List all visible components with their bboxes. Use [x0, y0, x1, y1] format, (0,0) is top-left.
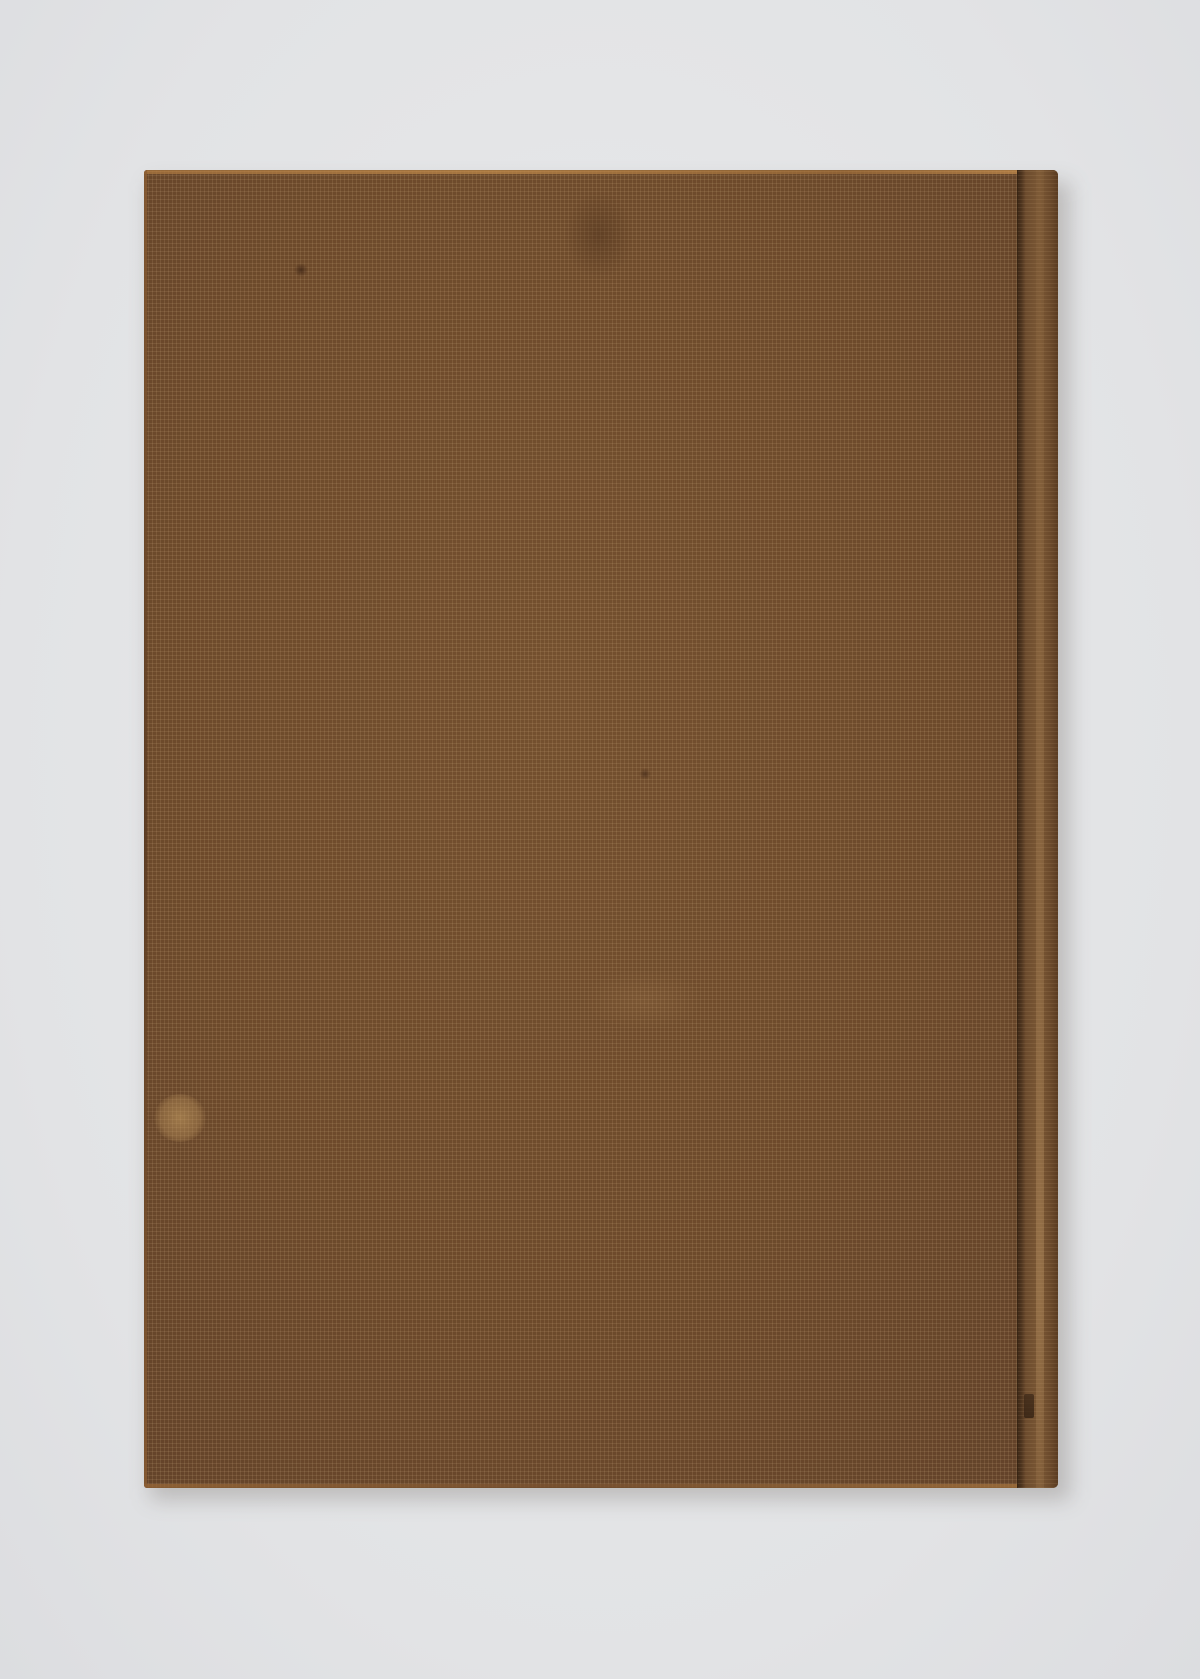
spine-corner-wear: [1024, 1394, 1034, 1418]
discoloration-mark: [564, 190, 634, 280]
book-spine: [1017, 170, 1058, 1488]
faded-patch: [584, 970, 704, 1030]
worn-top-edge: [144, 170, 1020, 174]
light-stain-spot: [154, 1094, 206, 1142]
dark-spot: [639, 768, 651, 780]
dark-spot: [294, 263, 308, 277]
book-back-cover: [144, 170, 1058, 1488]
spine-wear-highlight: [1036, 170, 1044, 1488]
worn-bottom-edge: [144, 1484, 1020, 1488]
left-edge: [144, 170, 147, 1488]
